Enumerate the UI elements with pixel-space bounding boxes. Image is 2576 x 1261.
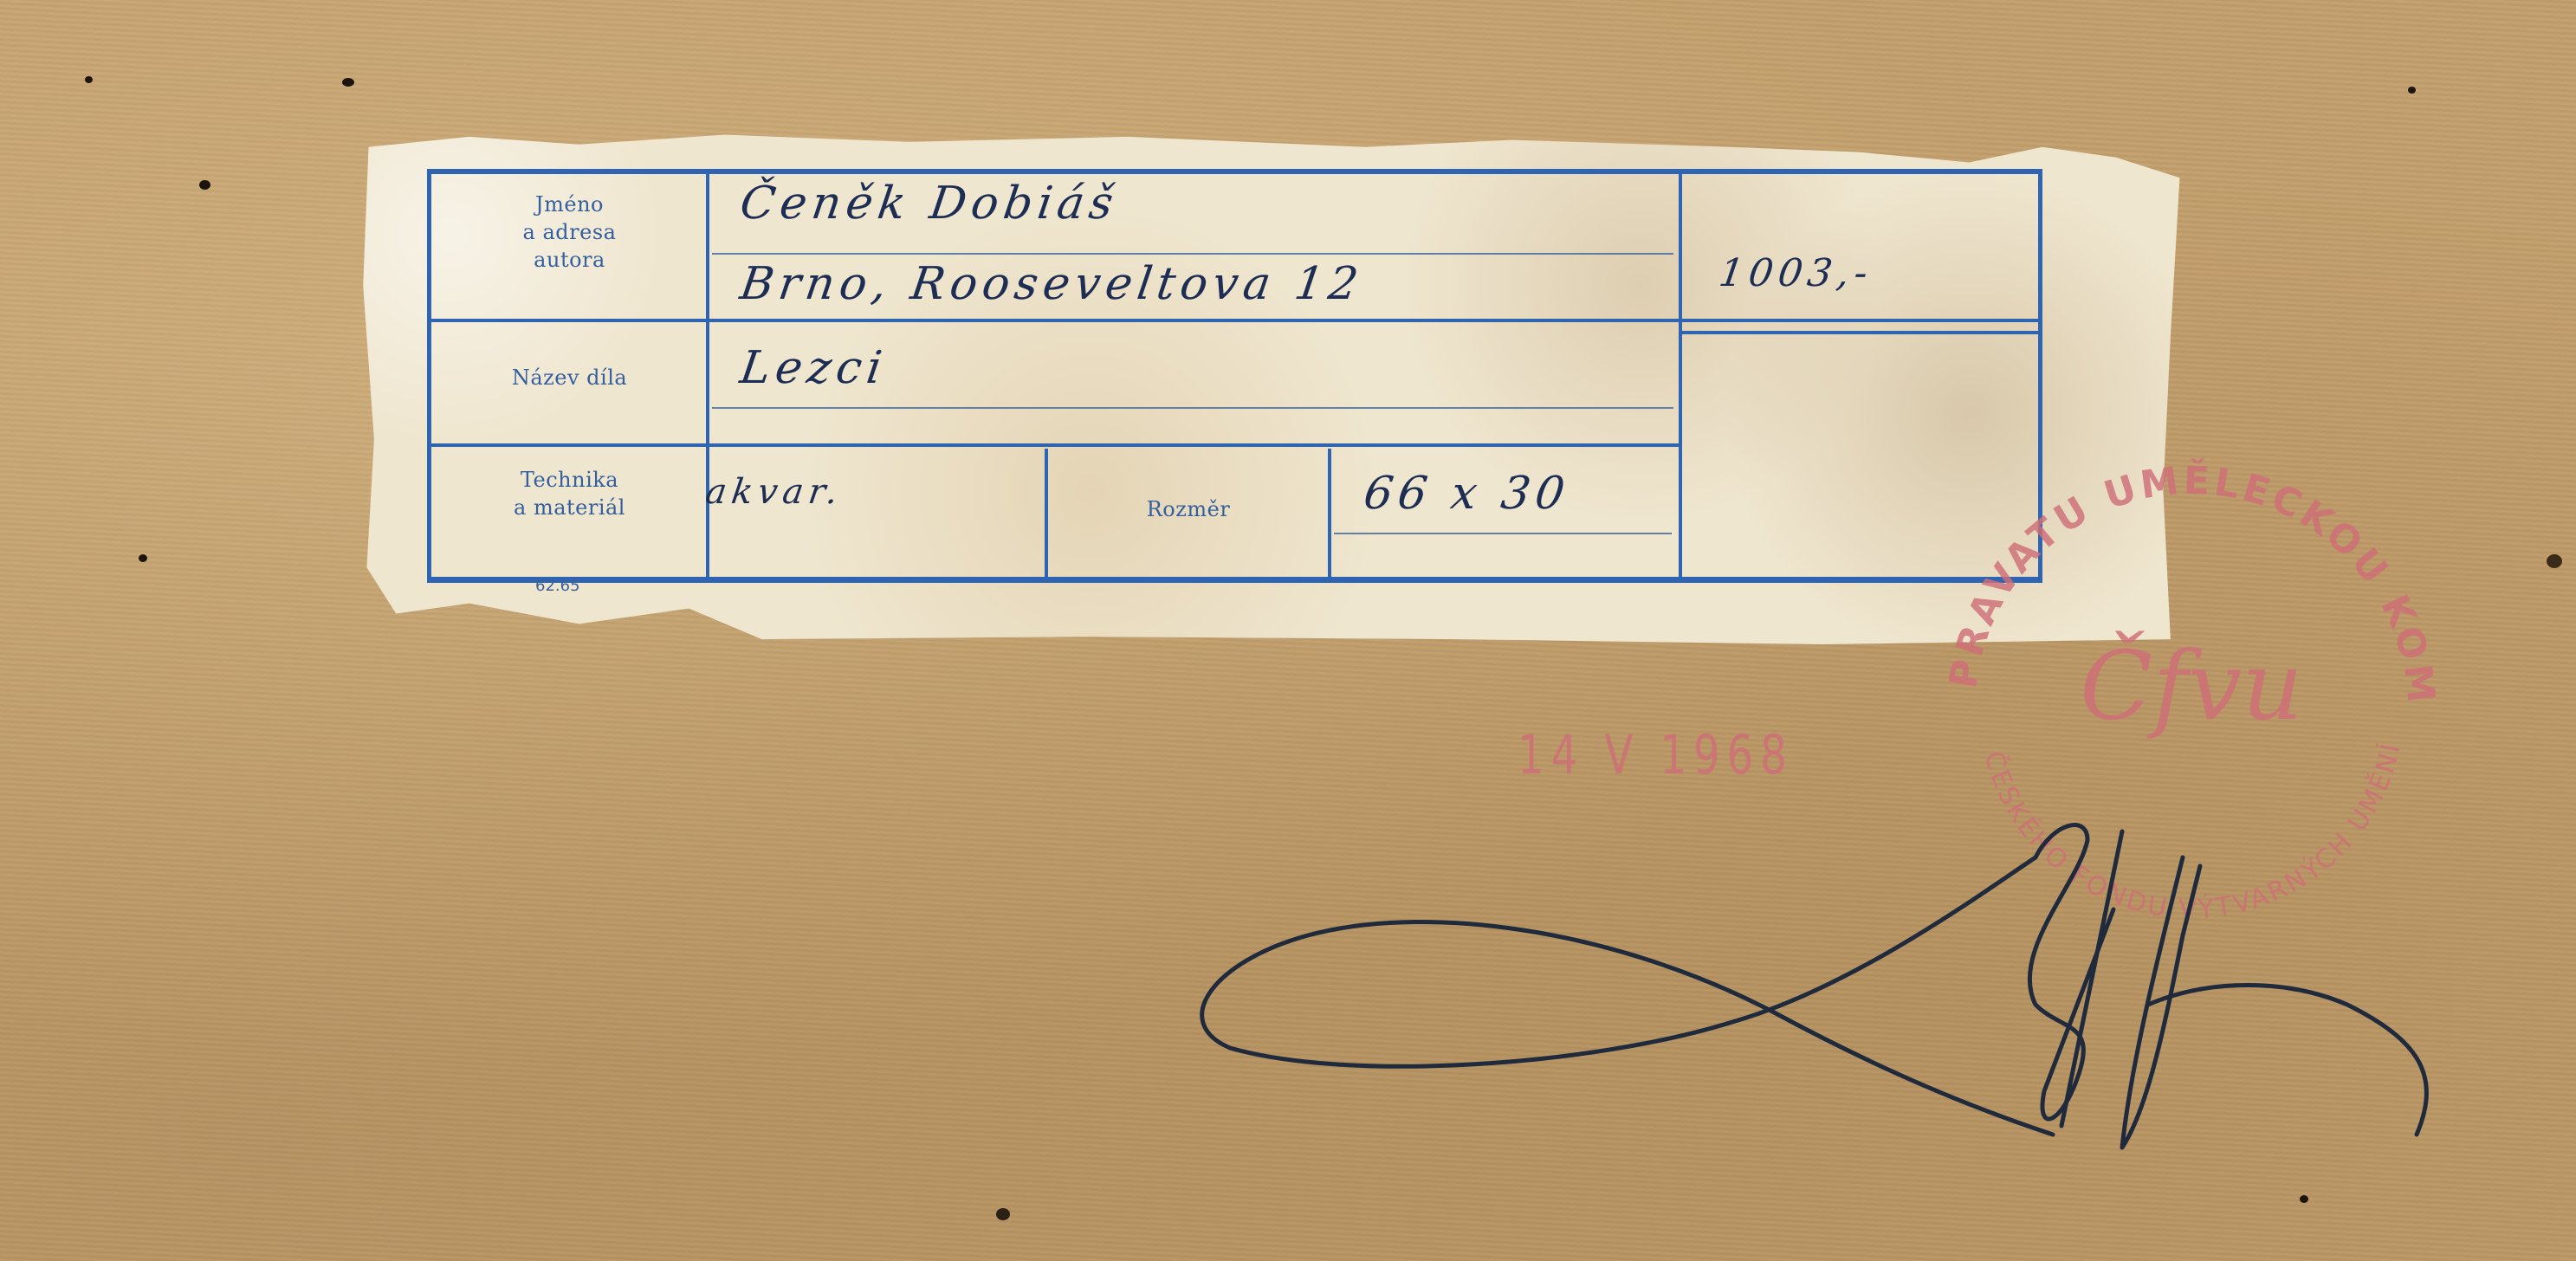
dirt-speck bbox=[342, 78, 354, 87]
size-field-label: Rozměr bbox=[1050, 495, 1327, 523]
technique-label-line: a materiál bbox=[437, 494, 702, 521]
artist-signature bbox=[1178, 762, 2460, 1161]
dirt-speck bbox=[85, 76, 93, 83]
author-label-line: a adresa bbox=[437, 218, 702, 246]
dirt-speck bbox=[996, 1208, 1010, 1220]
author-label-line: autora bbox=[437, 246, 702, 274]
dirt-speck bbox=[2408, 87, 2416, 94]
technique-label-line: Technika bbox=[437, 466, 702, 494]
stamp-monogram: Čfvu bbox=[2080, 630, 2303, 741]
title-writing-line bbox=[712, 407, 1673, 409]
title-value: Lezci bbox=[737, 342, 890, 394]
technique-divider bbox=[1045, 449, 1048, 579]
size-value: 66 x 30 bbox=[1361, 468, 1573, 520]
title-field-label: Název díla bbox=[437, 364, 702, 391]
size-writing-line bbox=[1334, 533, 1672, 534]
row-divider-title bbox=[431, 443, 1679, 447]
price-column-divider bbox=[1679, 171, 1682, 579]
row-divider-price bbox=[1680, 331, 2041, 334]
label-column-divider bbox=[706, 171, 709, 579]
size-divider bbox=[1328, 449, 1331, 579]
dirt-speck bbox=[2547, 554, 2562, 568]
dirt-speck bbox=[139, 554, 147, 562]
dirt-speck bbox=[199, 180, 210, 190]
author-address-value: Brno, Rooseveltova 12 bbox=[737, 258, 1367, 310]
dirt-speck bbox=[2300, 1195, 2308, 1203]
row-divider-author bbox=[431, 319, 2038, 322]
author-label-line: Jméno bbox=[437, 191, 702, 218]
name-writing-line bbox=[712, 253, 1673, 255]
technique-value: akvar. bbox=[703, 472, 845, 512]
price-value: 1003,- bbox=[1716, 251, 1875, 295]
print-code: 62.65 bbox=[535, 577, 580, 595]
author-name-value: Čeněk Dobiáš bbox=[737, 178, 1122, 230]
author-field-label: Jméno a adresa autora bbox=[437, 191, 702, 274]
technique-field-label: Technika a materiál bbox=[437, 466, 702, 521]
